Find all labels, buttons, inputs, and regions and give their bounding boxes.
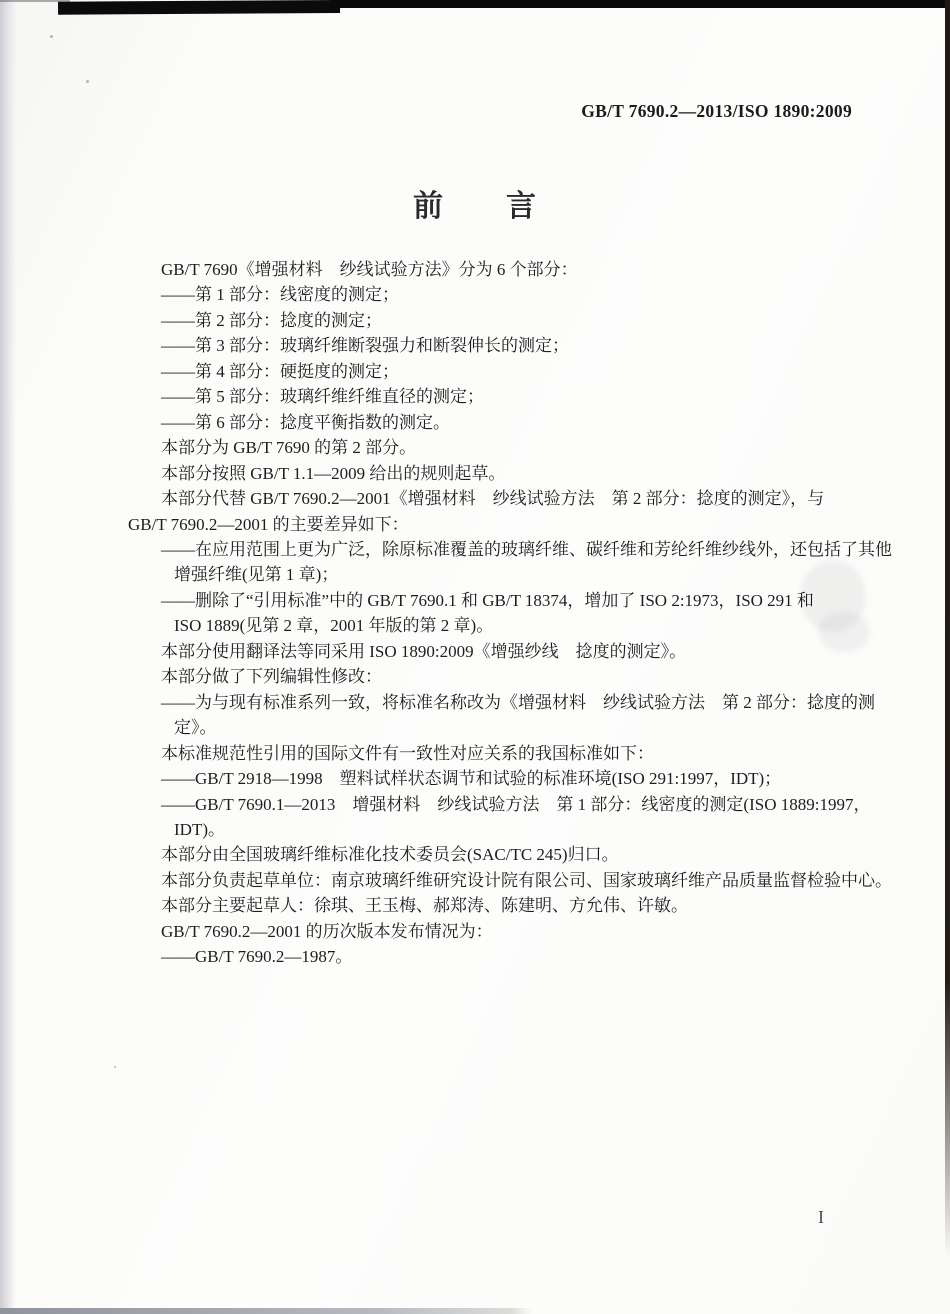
text-line: 本部分主要起草人：徐琪、王玉梅、郝郑涛、陈建明、方允伟、许敏。	[128, 893, 870, 918]
scan-speck	[86, 80, 89, 83]
text-line: ISO 1889(见第 2 章，2001 年版的第 2 章)。	[128, 613, 870, 638]
scan-bottom-gray-edge	[0, 1308, 532, 1314]
text-line: 本部分为 GB/T 7690 的第 2 部分。	[128, 435, 870, 460]
scanned-page: GB/T 7690.2—2013/ISO 1890:2009 前 言 GB/T …	[0, 0, 950, 1314]
text-line: ——删除了“引用标准”中的 GB/T 7690.1 和 GB/T 18374，增…	[128, 588, 870, 613]
text-line: ——第 2 部分：捻度的测定；	[128, 308, 870, 333]
text-line: GB/T 7690《增强材料 纱线试验方法》分为 6 个部分：	[128, 257, 870, 282]
text-line: ——GB/T 2918—1998 塑料试样状态调节和试验的标准环境(ISO 29…	[128, 766, 870, 791]
text-line: ——为与现有标准系列一致，将标准名称改为《增强材料 纱线试验方法 第 2 部分：…	[128, 690, 870, 715]
foreword-title: 前 言	[0, 181, 950, 225]
text-line: 本标准规范性引用的国际文件有一致性对应关系的我国标准如下：	[128, 741, 870, 766]
scan-speck	[50, 35, 53, 38]
text-line: GB/T 7690.2—2001 的历次版本发布情况为：	[128, 919, 870, 944]
text-line: 本部分代替 GB/T 7690.2—2001《增强材料 纱线试验方法 第 2 部…	[128, 486, 870, 511]
text-line: ——第 1 部分：线密度的测定；	[128, 282, 870, 307]
text-line: GB/T 7690.2—2001 的主要差异如下：	[128, 512, 870, 537]
text-line: ——在应用范围上更为广泛，除原标准覆盖的玻璃纤维、碳纤维和芳纶纤维纱线外，还包括…	[128, 537, 870, 562]
text-line: ——第 6 部分：捻度平衡指数的测定。	[128, 410, 870, 435]
foreword-body: GB/T 7690《增强材料 纱线试验方法》分为 6 个部分：——第 1 部分：…	[128, 257, 870, 970]
text-line: ——GB/T 7690.2—1987。	[128, 944, 870, 969]
standard-code-header: GB/T 7690.2—2013/ISO 1890:2009	[581, 101, 852, 122]
text-line: 增强纤维(见第 1 章)；	[128, 562, 870, 587]
scan-top-black-bar-thin	[330, 0, 950, 8]
scan-speck	[114, 1066, 116, 1068]
text-line: ——第 3 部分：玻璃纤维断裂强力和断裂伸长的测定；	[128, 333, 870, 358]
text-line: 本部分做了下列编辑性修改：	[128, 664, 870, 689]
text-line: 本部分按照 GB/T 1.1—2009 给出的规则起草。	[128, 461, 870, 486]
text-line: ——GB/T 7690.1—2013 增强材料 纱线试验方法 第 1 部分：线密…	[128, 792, 870, 817]
scan-top-black-bar-thick	[58, 0, 340, 15]
text-line: 本部分负责起草单位：南京玻璃纤维研究设计院有限公司、国家玻璃纤维产品质量监督检验…	[128, 868, 870, 893]
text-line: ——第 5 部分：玻璃纤维纤维直径的测定；	[128, 384, 870, 409]
text-line: 定》。	[128, 715, 870, 740]
text-line: ——第 4 部分：硬挺度的测定；	[128, 359, 870, 384]
page-number: I	[818, 1207, 824, 1228]
text-line: IDT)。	[128, 817, 870, 842]
text-line: 本部分使用翻译法等同采用 ISO 1890:2009《增强纱线 捻度的测定》。	[128, 639, 870, 664]
text-line: 本部分由全国玻璃纤维标准化技术委员会(SAC/TC 245)归口。	[128, 842, 870, 867]
